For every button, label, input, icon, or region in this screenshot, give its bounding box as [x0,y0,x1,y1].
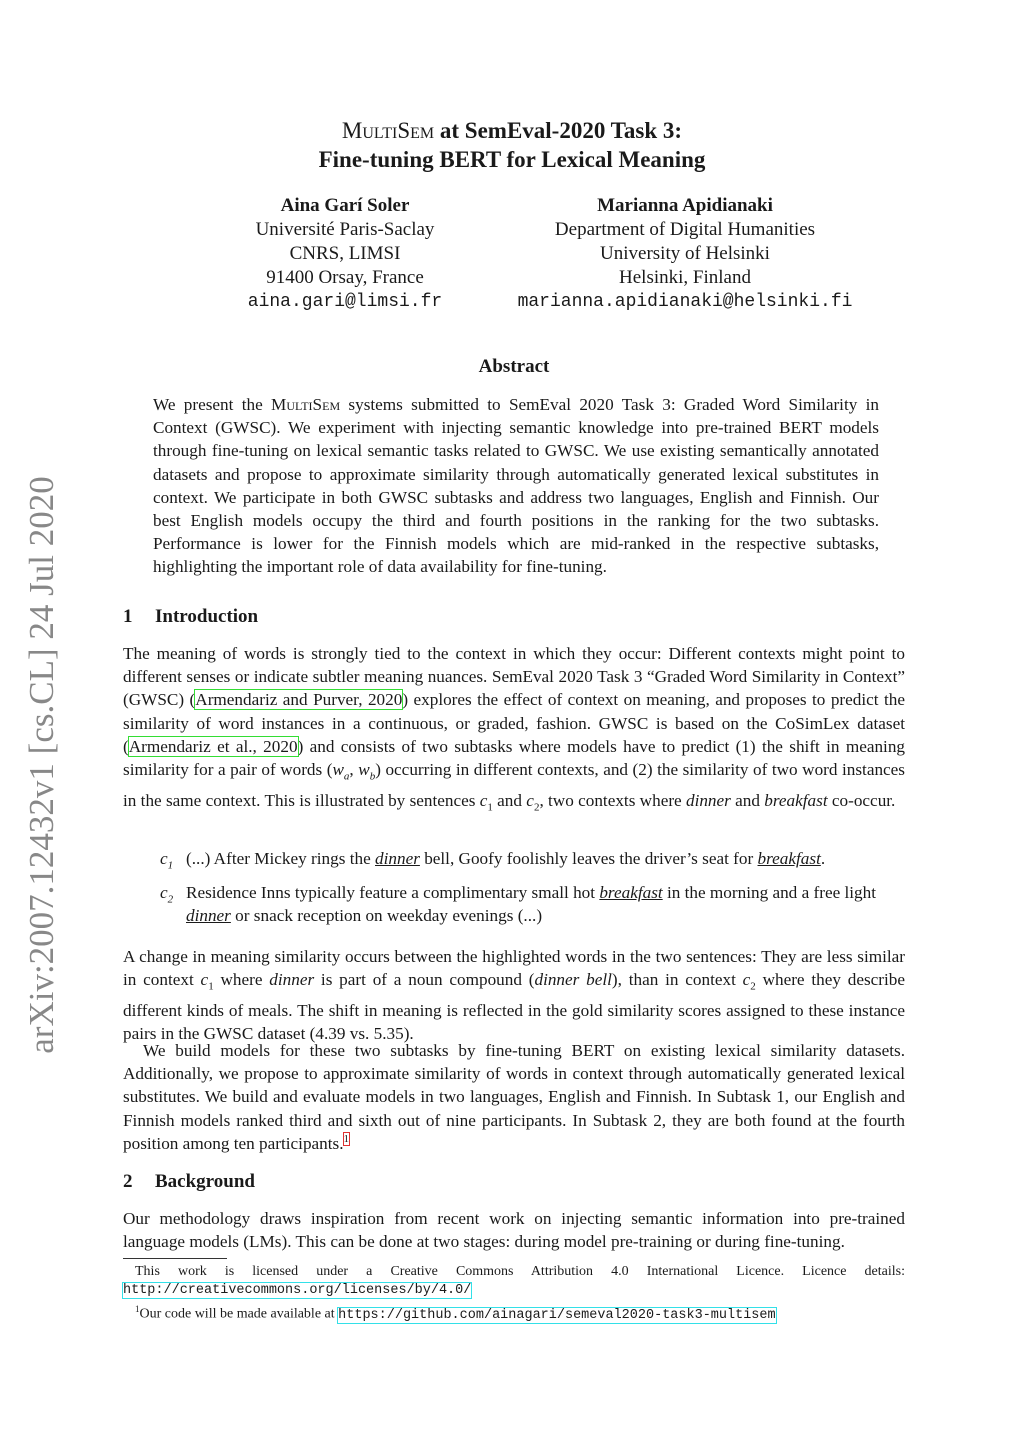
citation-link[interactable]: Armendariz et al., 2020 [129,737,298,756]
example-c1: c1 (...) After Mickey rings the dinner b… [160,847,890,870]
license-footnote: This work is licensed under a Creative C… [123,1263,905,1300]
title-line-2: Fine-tuning BERT for Lexical Meaning [319,147,706,172]
citation-link[interactable]: Armendariz and Purver, 2020 [195,690,402,709]
intro-paragraph-1: The meaning of words is strongly tied to… [123,642,905,819]
system-name: MultiSem [342,118,434,143]
github-url-link[interactable]: https://github.com/ainagari/semeval2020-… [338,1308,775,1323]
footnote-divider [123,1258,227,1259]
author-email[interactable]: marianna.apidianaki@helsinki.fi [480,290,890,314]
arxiv-stamp: arXiv:2007.12432v1 [cs.CL] 24 Jul 2020 [17,465,67,1065]
author-1: Aina Garí Soler Université Paris-Saclay … [205,194,485,314]
author-2: Marianna Apidianaki Department of Digita… [480,194,890,314]
paper-title: MultiSem at SemEval-2020 Task 3: Fine-tu… [0,116,1024,174]
example-label: c2 [160,881,173,912]
intro-paragraph-3: We build models for these two subtasks b… [123,1039,905,1155]
section-heading-background: 2Background [123,1171,255,1193]
footnote-ref[interactable]: 1 [344,1133,350,1145]
abstract-heading: Abstract [0,356,1024,378]
footnotes: This work is licensed under a Creative C… [123,1263,905,1325]
section-heading-introduction: 1Introduction [123,606,258,628]
intro-paragraph-2: A change in meaning similarity occurs be… [123,945,905,1045]
license-url-link[interactable]: http://creativecommons.org/licenses/by/4… [123,1283,471,1298]
footnote-1: 1Our code will be made available at http… [123,1300,905,1325]
author-email[interactable]: aina.gari@limsi.fr [205,290,485,314]
abstract-body: We present the MultiSem systems submitte… [153,393,879,579]
background-paragraph-1: Our methodology draws inspiration from r… [123,1207,905,1253]
example-c2: c2 Residence Inns typically feature a co… [160,881,890,927]
example-label: c1 [160,847,173,878]
